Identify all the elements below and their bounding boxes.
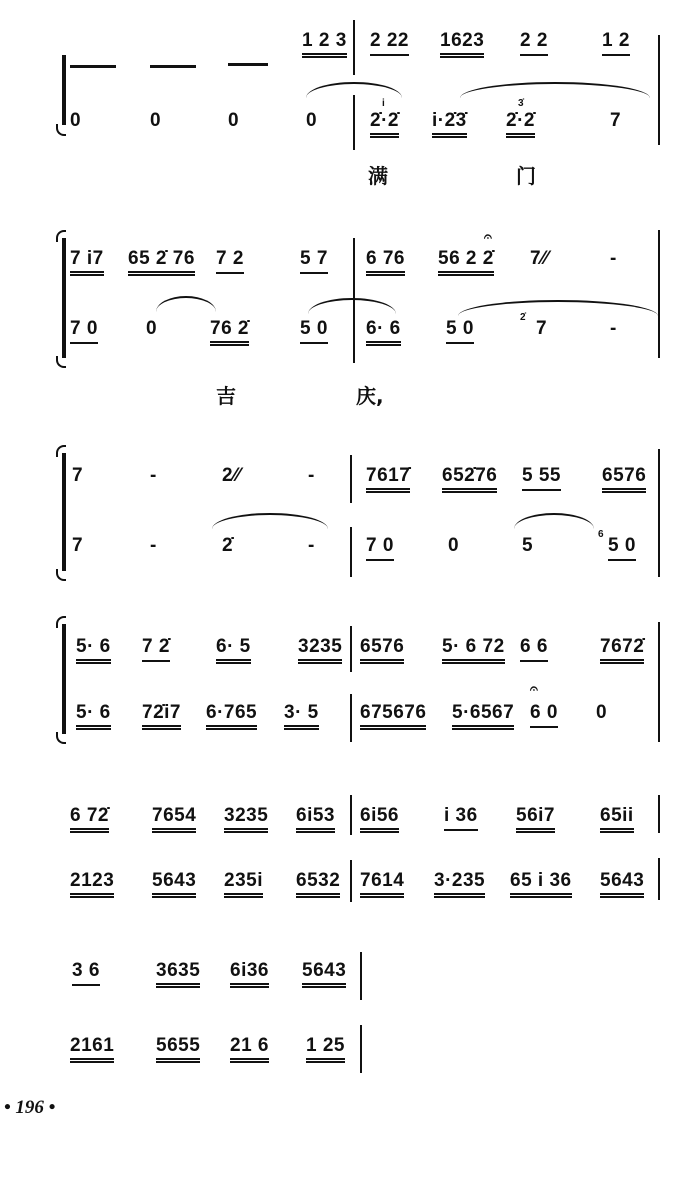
grace-note: 3̇	[518, 98, 524, 109]
note-group: 5 0	[446, 318, 474, 344]
note-group: -	[610, 248, 617, 270]
slur	[308, 298, 396, 314]
upper-staff: 7 - 2⁄⁄ - 7617̇ 652̇76 5 55 6576	[62, 465, 662, 505]
note-group: 6i36	[230, 960, 269, 988]
barline	[350, 860, 352, 902]
note-group: 56i7	[516, 805, 555, 833]
sustain-line	[150, 65, 196, 68]
note-group: 6· 6	[366, 318, 401, 346]
slur	[156, 296, 216, 312]
note-group: 6i56	[360, 805, 399, 833]
barline	[353, 238, 355, 363]
note-group: 76 2̇	[210, 318, 249, 346]
note-group: 6 72̇	[70, 805, 109, 833]
note-group: 7 2	[216, 248, 244, 274]
lower-staff: 5· 6 72̇i7 6·765 3· 5 675676 5·6567 6 0 …	[62, 702, 662, 742]
note-group: 3 6	[72, 960, 100, 986]
note-group: 3235	[298, 636, 342, 664]
lyric: 门	[516, 160, 536, 189]
note-group: 7	[72, 465, 83, 487]
note-group: 6532	[296, 870, 340, 898]
note-group: 2 22	[370, 30, 409, 56]
note-group: 65 2̇ 76	[128, 248, 195, 276]
note-group: 7 2̇	[142, 636, 170, 662]
sustain-line	[228, 63, 268, 66]
note-group: 7 i7	[70, 248, 104, 276]
upper-staff: 1 2 3 2 22 1623 2 2 1 2	[62, 30, 662, 70]
fermata-icon: 𝄐	[530, 680, 538, 697]
system-1: 1 2 3 2 22 1623 2 2 1 2 0 0 0 0 2̇·2̇ i·…	[62, 20, 662, 160]
barline-end	[658, 449, 660, 577]
lyric: 满	[368, 160, 388, 189]
brace-top	[56, 616, 66, 628]
note-group: i 36	[444, 805, 478, 831]
system-5: 6 72̇ 7654 3235 6i53 6i56 i 36 56i7 65ii	[62, 795, 662, 835]
system-2: 7 i7 65 2̇ 76 7 2 5 7 6 76 56 2 2̇ 7⁄⁄ -…	[62, 228, 662, 378]
note-group: 65 i 36	[510, 870, 572, 898]
note-group: 5· 6	[76, 636, 111, 664]
note-group: 5643	[152, 870, 196, 898]
note-group: 5· 6	[76, 702, 111, 730]
note-group: 5 55	[522, 465, 561, 491]
note-group: 3235	[224, 805, 268, 833]
note-group: 5643	[302, 960, 346, 988]
note-group: 5 0	[608, 535, 636, 561]
note-group: 56 2 2̇	[438, 248, 494, 276]
note-group: 5·6567	[452, 702, 514, 730]
barline-end	[360, 952, 362, 1000]
slur	[460, 82, 650, 98]
note-group: 21 6	[230, 1035, 269, 1063]
fermata-icon: 𝄐	[484, 228, 492, 245]
lower-staff: 0 0 0 0 2̇·2̇ i·2̇3̇ 2̇·2̇ 7	[62, 110, 662, 150]
note-group: 1 2 3	[302, 30, 347, 58]
note-group: 6 76	[366, 248, 405, 276]
note-group: 6576	[360, 636, 404, 664]
upper-staff: 7 i7 65 2̇ 76 7 2 5 7 6 76 56 2 2̇ 7⁄⁄ -	[62, 248, 662, 288]
single-staff: 2123 5643 235i 6532 7614 3·235 65 i 36 5…	[62, 870, 662, 910]
slur	[212, 513, 328, 529]
note-group: 0	[70, 110, 81, 132]
note-group: 0	[146, 318, 157, 340]
note-group: 7614	[360, 870, 404, 898]
note-group: 1 2	[602, 30, 630, 56]
note-group: 6·765	[206, 702, 257, 730]
note-group: 5 7	[300, 248, 328, 274]
grace-note: 6	[598, 529, 604, 540]
barline	[353, 20, 355, 75]
system-4: 5· 6 7 2̇ 6· 5 3235 6576 5· 6 72 6 6 767…	[62, 610, 662, 750]
note-group: 2̇·2̇	[506, 110, 535, 138]
note-group: 2⁄⁄	[222, 465, 240, 487]
note-group: -	[150, 535, 157, 557]
slur	[458, 300, 658, 316]
note-group: 0	[448, 535, 459, 557]
note-group: 3635	[156, 960, 200, 988]
note-group: 2161	[70, 1035, 114, 1063]
brace-top	[56, 445, 66, 457]
brace-top	[56, 230, 66, 242]
note-group: 3·235	[434, 870, 485, 898]
note-group: 7 0	[366, 535, 394, 561]
note-group: 1 25	[306, 1035, 345, 1063]
barline	[350, 694, 352, 742]
note-group: 2̇·2̇	[370, 110, 399, 138]
note-group: i·2̇3̇	[432, 110, 467, 138]
note-group: 0	[306, 110, 317, 132]
upper-staff: 5· 6 7 2̇ 6· 5 3235 6576 5· 6 72 6 6 767…	[62, 636, 662, 676]
lyric: 吉	[216, 380, 236, 409]
note-group: 0	[596, 702, 607, 724]
note-group: 7	[610, 110, 621, 132]
system-7: 3 6 3635 6i36 5643	[62, 950, 662, 990]
note-group: 7	[536, 318, 547, 340]
note-group: 7⁄⁄	[530, 248, 548, 270]
note-group: 72̇i7	[142, 702, 181, 730]
system-6: 2123 5643 235i 6532 7614 3·235 65 i 36 5…	[62, 860, 662, 900]
note-group: 3· 5	[284, 702, 319, 730]
note-group: 7617̇	[366, 465, 410, 493]
lower-staff: 7 0 0 76 2̇ 5 0 6· 6 5 0 7 -	[62, 318, 662, 358]
lyric: 庆,	[356, 380, 384, 409]
note-group: -	[308, 465, 315, 487]
note-group: 235i	[224, 870, 263, 898]
note-group: -	[610, 318, 617, 340]
barline	[350, 527, 352, 577]
note-group: 0	[228, 110, 239, 132]
barline-end	[658, 795, 660, 833]
single-staff: 6 72̇ 7654 3235 6i53 6i56 i 36 56i7 65ii	[62, 805, 662, 845]
note-group: -	[308, 535, 315, 557]
note-group: 6576	[602, 465, 646, 493]
note-group: 2̇	[222, 535, 233, 557]
note-group: -	[150, 465, 157, 487]
note-group: 7672̇	[600, 636, 644, 664]
note-group: 5· 6 72	[442, 636, 505, 664]
system-8: 2161 5655 21 6 1 25	[62, 1025, 662, 1065]
barline	[350, 455, 352, 503]
single-staff: 2161 5655 21 6 1 25	[62, 1035, 662, 1075]
note-group: 6 0	[530, 702, 558, 728]
grace-note: i	[382, 98, 385, 109]
barline-end	[360, 1025, 362, 1073]
barline	[353, 95, 355, 150]
barline-end	[658, 622, 660, 742]
note-group: 5	[522, 535, 533, 557]
note-group: 7	[72, 535, 83, 557]
barline-end	[658, 35, 660, 145]
single-staff: 3 6 3635 6i36 5643	[62, 960, 662, 1000]
note-group: 2 2	[520, 30, 548, 56]
system-3: 7 - 2⁄⁄ - 7617̇ 652̇76 5 55 6576 7 - 2̇ …	[62, 445, 662, 585]
barline-end	[658, 858, 660, 900]
note-group: 2123	[70, 870, 114, 898]
note-group: 6· 5	[216, 636, 251, 664]
note-group: 65ii	[600, 805, 634, 833]
page-number: • 196 •	[4, 1097, 55, 1119]
note-group: 675676	[360, 702, 426, 730]
note-group: 652̇76	[442, 465, 497, 493]
note-group: 1623	[440, 30, 484, 58]
note-group: 0	[150, 110, 161, 132]
note-group: 5643	[600, 870, 644, 898]
note-group: 7 0	[70, 318, 98, 344]
lower-staff: 7 - 2̇ - 7 0 0 5 5 0	[62, 535, 662, 575]
note-group: 5655	[156, 1035, 200, 1063]
sustain-line	[70, 65, 116, 68]
slur	[514, 513, 594, 529]
note-group: 6 6	[520, 636, 548, 662]
note-group: 7654	[152, 805, 196, 833]
barline-end	[658, 230, 660, 358]
note-group: 5 0	[300, 318, 328, 344]
grace-note: 2̇	[520, 312, 526, 323]
barline	[350, 626, 352, 672]
barline	[350, 795, 352, 835]
note-group: 6i53	[296, 805, 335, 833]
